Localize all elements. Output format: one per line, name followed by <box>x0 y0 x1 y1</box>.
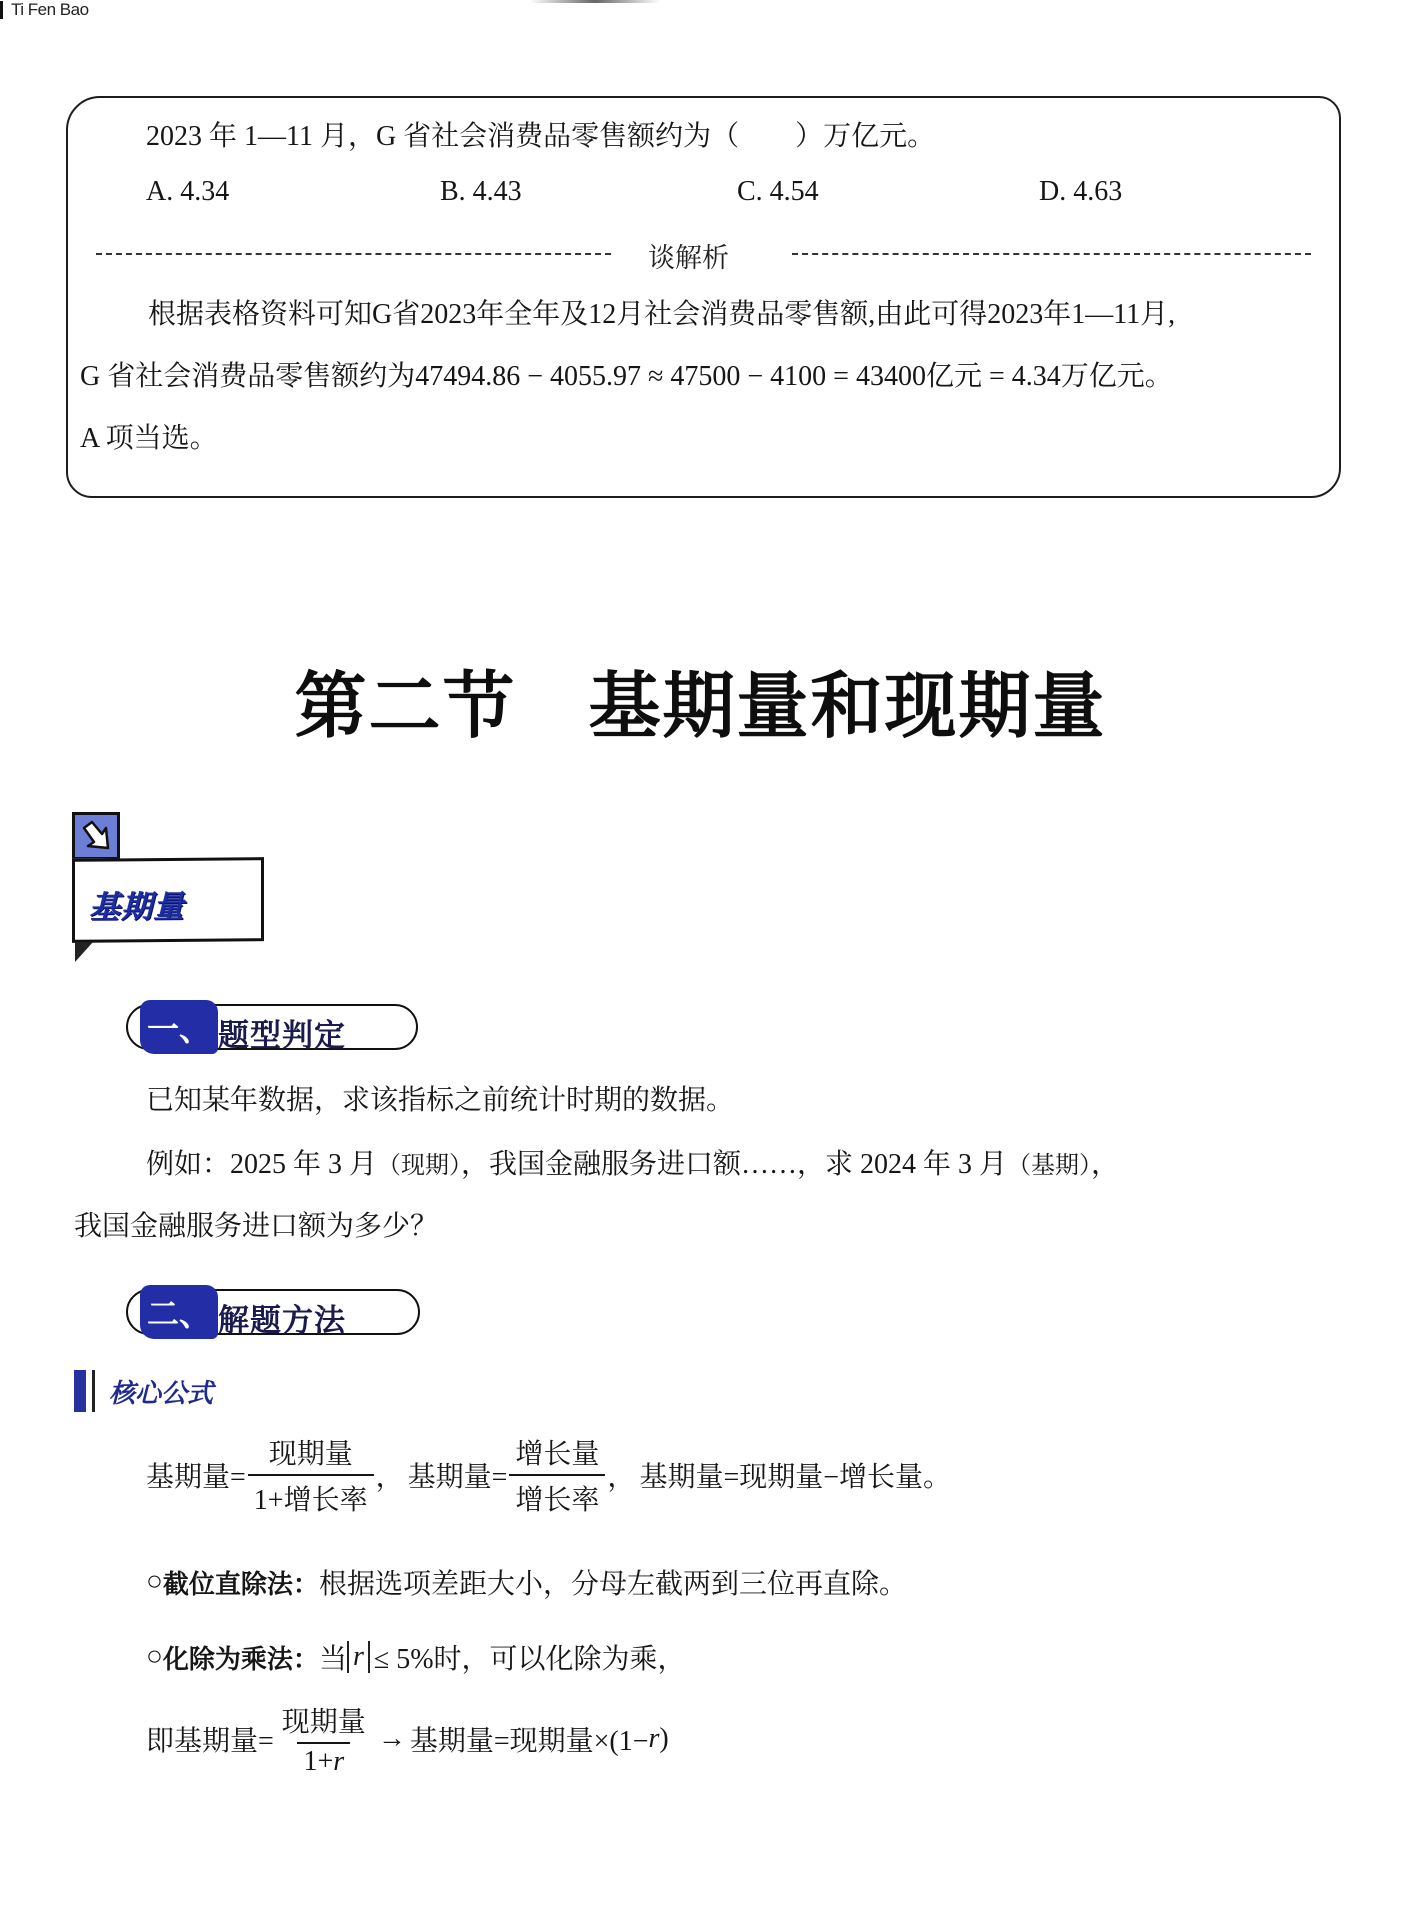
section-number: 第二节 <box>294 663 516 748</box>
method-2-post: ≤ 5%时，可以化除为乘， <box>374 1637 686 1677</box>
analysis-line-2: G 省社会消费品零售额约为47494.86 − 4055.97 ≈ 47500 … <box>80 346 1330 408</box>
part-1-line-2: 例如：2025 年 3 月（现期），我国金融服务进口额……，求 2024 年 3… <box>146 1142 1119 1182</box>
base-period-note: （基期） <box>1007 1153 1091 1179</box>
heading-bar-icon <box>74 1370 86 1412</box>
formula-4-rhs-var: r <box>649 1723 660 1755</box>
example-prefix: 例如：2025 年 3 月 <box>146 1149 377 1180</box>
part-1-line-3: 我国金融服务进口额为多少？ <box>74 1204 438 1244</box>
core-formula-label: 核心公式 <box>109 1373 213 1410</box>
bullet-circle-icon: ○ <box>146 1641 163 1673</box>
method-1-name: 截位直除法： <box>163 1564 319 1601</box>
heading-thin-bar-icon <box>92 1370 95 1412</box>
dashed-line-left <box>96 253 611 255</box>
scan-smudge <box>530 0 660 3</box>
formula-4-den-var: r <box>333 1746 344 1777</box>
analysis-divider: 谈解析 <box>96 236 1311 266</box>
formula-1-denominator: 1+增长率 <box>248 1474 374 1518</box>
formula-2-fraction: 增长量 增长率 <box>509 1432 605 1518</box>
heading-part-1: 一、 题型判定 <box>126 1004 418 1050</box>
formula-2-lhs: 基期量= <box>408 1455 508 1495</box>
formula-4: 即基期量= 现期量 1+r → 基期量=现期量×(1−r) <box>146 1700 669 1778</box>
option-d: D. 4.63 <box>1039 176 1122 208</box>
watermark: Ti Fen Bao <box>0 0 89 20</box>
analysis-label: 谈解析 <box>648 236 729 275</box>
heading-part-2: 二、 解题方法 <box>126 1289 420 1335</box>
method-2-pre: 当 <box>319 1637 347 1677</box>
formula-4-denominator: 1+r <box>297 1742 350 1778</box>
watermark-text: Ti Fen Bao <box>11 0 89 20</box>
analysis-line-3: A 项当选。 <box>80 408 1330 470</box>
formula-4-rhs: 基期量=现期量×(1− <box>410 1719 649 1759</box>
method-1: ○ 截位直除法： 根据选项差距大小，分母左截两到三位再直除。 <box>146 1562 907 1602</box>
arrow-down-right-icon <box>78 818 114 854</box>
section-title: 第二节基期量和现期量 <box>0 648 1401 752</box>
method-2: ○ 化除为乘法： 当 r ≤ 5%时，可以化除为乘， <box>146 1637 686 1677</box>
formula-4-rhs-end: ) <box>659 1723 668 1755</box>
option-b: B. 4.43 <box>440 176 522 208</box>
formula-1-numerator: 现期量 <box>263 1432 359 1474</box>
part-1-title: 题型判定 <box>218 1010 346 1055</box>
ribbon-banner: 基期量 <box>72 857 264 943</box>
formula-2-sep: ， <box>607 1455 635 1495</box>
analysis-line-1: 根据表格资料可知G省2023年全年及12月社会消费品零售额,由此可得2023年1… <box>80 284 1330 346</box>
part-2-title: 解题方法 <box>218 1295 346 1340</box>
dashed-line-right <box>792 253 1311 255</box>
method-2-name: 化除为乘法： <box>163 1639 319 1676</box>
formula-4-numerator: 现期量 <box>276 1700 372 1742</box>
question-stem: 2023 年 1—11 月，G 省社会消费品零售额约为（ ）万亿元。 <box>146 114 935 154</box>
formula-1-sep: ， <box>376 1455 404 1495</box>
formula-2-numerator: 增长量 <box>509 1432 605 1474</box>
watermark-bar <box>0 1 3 19</box>
core-formula-heading: 核心公式 <box>74 1370 213 1412</box>
analysis-text: 根据表格资料可知G省2023年全年及12月社会消费品零售额,由此可得2023年1… <box>80 284 1330 470</box>
arrow-right-icon: → <box>378 1723 406 1755</box>
ribbon-corner <box>72 812 120 860</box>
bullet-circle-icon: ○ <box>146 1566 163 1598</box>
section-heading: 基期量和现期量 <box>589 663 1107 748</box>
option-c: C. 4.54 <box>737 176 819 208</box>
option-a: A. 4.34 <box>146 176 229 208</box>
formula-3: 基期量=现期量−增长量。 <box>639 1455 951 1495</box>
formula-1-lhs: 基期量= <box>146 1455 246 1495</box>
answer-options: A. 4.34 B. 4.43 C. 4.54 D. 4.63 <box>0 176 1401 216</box>
part-1-line-1: 已知某年数据，求该指标之前统计时期的数据。 <box>146 1078 734 1118</box>
core-formulas: 基期量= 现期量 1+增长率 ， 基期量= 增长量 增长率 ， 基期量=现期量−… <box>146 1432 951 1518</box>
formula-2-denominator: 增长率 <box>509 1474 605 1518</box>
part-1-number: 一、 <box>140 1000 218 1054</box>
formula-4-den-const: 1+ <box>303 1746 333 1777</box>
formula-1-fraction: 现期量 1+增长率 <box>248 1432 374 1518</box>
abs-r: r <box>347 1641 370 1673</box>
current-period-note: （现期） <box>377 1153 461 1179</box>
example-middle: ，我国金融服务进口额……，求 2024 年 3 月 <box>461 1149 1007 1180</box>
part-2-number: 二、 <box>140 1285 218 1339</box>
formula-4-fraction: 现期量 1+r <box>276 1700 372 1778</box>
method-1-desc: 根据选项差距大小，分母左截两到三位再直除。 <box>319 1562 907 1602</box>
ribbon-fold <box>75 942 93 962</box>
example-suffix: ， <box>1091 1149 1119 1180</box>
ribbon-label: 基期量 <box>89 881 185 927</box>
formula-4-lhs: 即基期量= <box>146 1719 274 1759</box>
topic-ribbon: 基期量 <box>70 812 265 952</box>
